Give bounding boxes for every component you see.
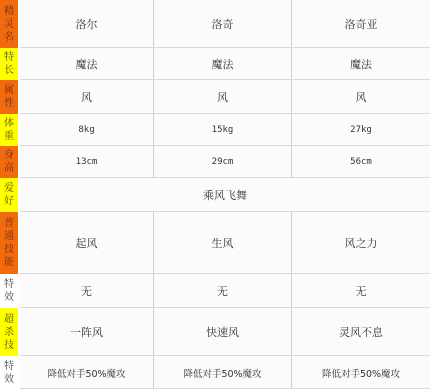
cell: 无 [292,274,430,308]
cell: 56cm [292,146,430,178]
row-label: 身 高 [0,146,18,178]
label-char: 特 [4,278,14,291]
label-char: 高 [4,162,14,175]
row-height: 身 高 13cm 29cm 56cm [0,146,430,178]
cell: 风 [154,80,292,114]
label-char: 效 [4,373,14,386]
cell-merged: 乘风飞舞 [20,178,430,212]
label-char: 重 [4,130,14,143]
cell: 27kg [292,114,430,146]
label-char: 杀 [4,326,14,339]
cell: 洛奇亚 [292,0,430,48]
row-attribute: 属 性 风 风 风 [0,80,430,114]
cell: 无 [20,274,154,308]
label-char: 特 [4,51,14,64]
row-sprite-name: 精 灵 名 洛尔 洛奇 洛奇亚 [0,0,430,48]
label-char: 属 [4,84,14,97]
label-char: 普 [4,217,14,230]
label-char: 爱 [4,182,14,195]
label-char: 特 [4,360,14,373]
row-ultimate-effect: 特 效 降低对手50%魔攻 降低对手50%魔攻 降低对手50%魔攻 [0,356,430,389]
label-char: 身 [4,149,14,162]
cell: 魔法 [292,48,430,80]
cell: 一阵风 [20,308,154,356]
cell: 灵风不息 [292,308,430,356]
label-char: 通 [4,230,14,243]
row-label: 普 通 技 能 [0,212,18,274]
cell: 生风 [154,212,292,274]
label-char: 性 [4,97,14,110]
cell: 无 [154,274,292,308]
row-hobby: 爱 好 乘风飞舞 [0,178,430,212]
row-effect: 特 效 无 无 无 [0,274,430,308]
label-char: 效 [4,291,14,304]
label-char: 技 [4,339,14,352]
row-normal-skill: 普 通 技 能 起风 生风 风之力 [0,212,430,274]
cell: 魔法 [154,48,292,80]
cell: 13cm [20,146,154,178]
label-char: 体 [4,117,14,130]
row-label: 超 杀 技 [0,308,18,356]
label-char: 技 [4,243,14,256]
cell: 15kg [154,114,292,146]
row-label: 特 长 [0,48,18,80]
label-char: 名 [4,31,14,44]
row-ultimate-skill: 超 杀 技 一阵风 快速风 灵风不息 [0,308,430,356]
sprite-info-table: 精 灵 名 洛尔 洛奇 洛奇亚 特 长 魔法 魔法 魔法 属 性 风 风 风 体 [0,0,430,389]
row-specialty: 特 长 魔法 魔法 魔法 [0,48,430,80]
label-char: 超 [4,313,14,326]
label-char: 精 [4,5,14,18]
cell: 降低对手50%魔攻 [154,356,292,389]
cell: 快速风 [154,308,292,356]
cell: 风 [20,80,154,114]
cell: 洛尔 [20,0,154,48]
label-char: 长 [4,64,14,77]
cell: 降低对手50%魔攻 [292,356,430,389]
row-label: 特 效 [0,356,18,389]
cell: 魔法 [20,48,154,80]
label-char: 灵 [4,18,14,31]
row-label: 体 重 [0,114,18,146]
row-label: 精 灵 名 [0,0,18,48]
cell: 起风 [20,212,154,274]
row-weight: 体 重 8kg 15kg 27kg [0,114,430,146]
row-label: 爱 好 [0,178,18,212]
cell: 29cm [154,146,292,178]
label-char: 能 [4,256,14,269]
label-char: 好 [4,195,14,208]
cell: 洛奇 [154,0,292,48]
row-label: 特 效 [0,274,18,308]
row-label: 属 性 [0,80,18,114]
cell: 8kg [20,114,154,146]
cell: 风 [292,80,430,114]
cell: 风之力 [292,212,430,274]
cell: 降低对手50%魔攻 [20,356,154,389]
